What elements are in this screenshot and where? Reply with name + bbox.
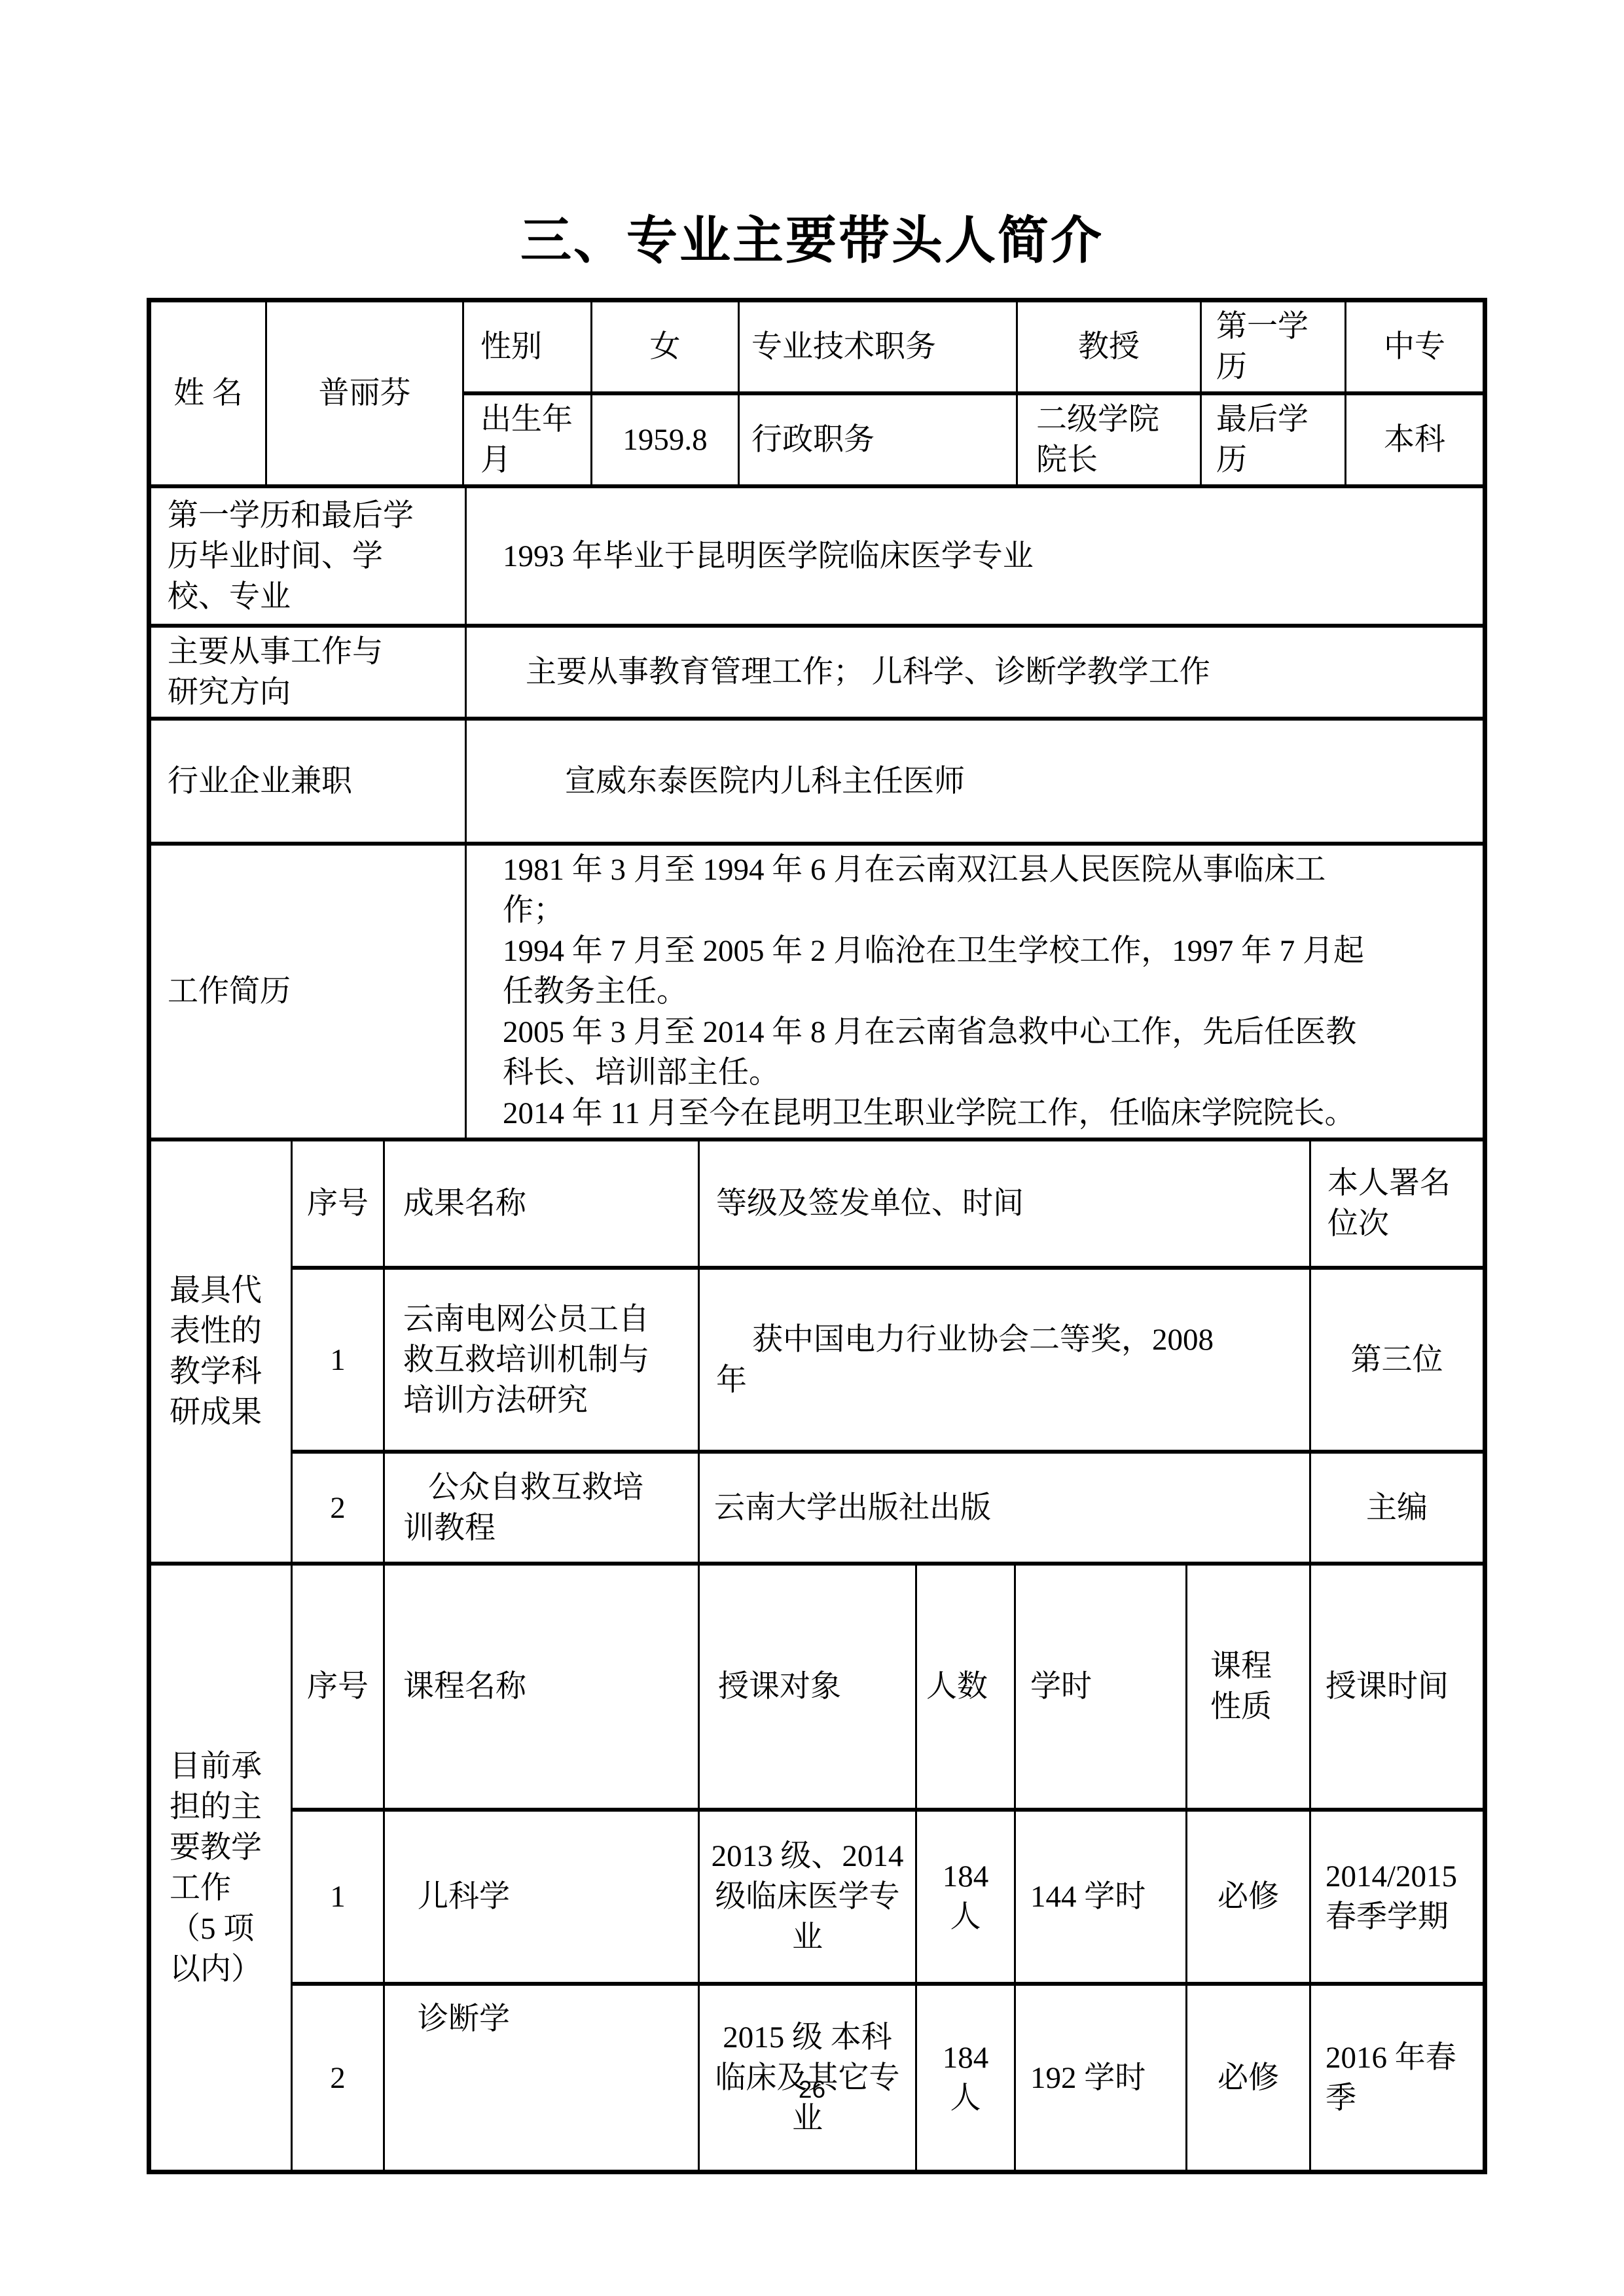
course-1-audience: 2013 级、2014 级临床医学专业 bbox=[699, 1810, 916, 1984]
gender-label: 性别 bbox=[463, 300, 592, 394]
leader-profile-table: 姓 名 普丽芬 性别 女 专业技术职务 教授 第一学历 中专 出生年月 1959… bbox=[147, 298, 1483, 2174]
resume-line-2: 1994 年 7 月至 2005 年 2 月临沧在卫生学校工作，1997 年 7… bbox=[503, 931, 1375, 1012]
teaching-col-no: 序号 bbox=[292, 1566, 384, 1810]
achievements-table: 最具代表性的教学科研成果 序号 成果名称 等级及签发单位、时间 本人署名位次 1… bbox=[147, 1141, 1487, 1566]
research-value: 主要从事教育管理工作； 儿科学、诊断学教学工作 bbox=[466, 626, 1485, 719]
achievement-1-rank: 第三位 bbox=[1310, 1268, 1485, 1452]
birth-value: 1959.8 bbox=[592, 393, 739, 486]
gender-value: 女 bbox=[592, 300, 739, 394]
teaching-col-audience: 授课对象 bbox=[699, 1566, 916, 1810]
resume-label: 工作简历 bbox=[149, 844, 466, 1139]
name-label: 姓 名 bbox=[149, 300, 266, 487]
achievement-row: 2 公众自救互救培训教程 云南大学出版社出版 主编 bbox=[149, 1452, 1485, 1564]
achievements-col-name: 成果名称 bbox=[384, 1141, 699, 1268]
achievement-2-rank: 主编 bbox=[1310, 1452, 1485, 1564]
tech-title-label: 专业技术职务 bbox=[739, 300, 1017, 394]
first-degree-value: 中专 bbox=[1346, 300, 1485, 394]
last-degree-value: 本科 bbox=[1346, 393, 1485, 486]
teaching-col-time: 授课时间 bbox=[1310, 1566, 1485, 1810]
course-1-students: 184 人 bbox=[916, 1810, 1015, 1984]
achievement-1-name: 云南电网公员工自救互救培训机制与培训方法研究 bbox=[384, 1268, 699, 1452]
course-1-no: 1 bbox=[292, 1810, 384, 1984]
tech-title-value: 教授 bbox=[1017, 300, 1201, 394]
last-degree-label: 最后学历 bbox=[1201, 393, 1346, 486]
resume-line-3: 2005 年 3 月至 2014 年 8 月在云南省急救中心工作，先后任医教科长… bbox=[503, 1012, 1375, 1093]
birth-label: 出生年月 bbox=[463, 393, 592, 486]
achievements-col-award: 等级及签发单位、时间 bbox=[699, 1141, 1310, 1268]
resume-line-4: 2014 年 11 月至今在昆明卫生职业学院工作，任临床学院院长。 bbox=[503, 1093, 1375, 1134]
parttime-value: 宣威东泰医院内儿科主任医师 bbox=[466, 719, 1485, 844]
achievement-1-award-text: 获中国电力行业协会二等奖，2008 年 bbox=[716, 1319, 1237, 1401]
achievements-col-rank: 本人署名位次 bbox=[1310, 1141, 1485, 1268]
achievement-2-name: 公众自救互救培训教程 bbox=[384, 1452, 699, 1564]
teaching-col-students: 人数 bbox=[916, 1566, 1015, 1810]
achievement-row: 1 云南电网公员工自救互救培训机制与培训方法研究 获中国电力行业协会二等奖，20… bbox=[149, 1268, 1485, 1452]
resume-value: 1981 年 3 月至 1994 年 6 月在云南双江县人民医院从事临床工作； … bbox=[466, 844, 1485, 1139]
achievement-1-award: 获中国电力行业协会二等奖，2008 年 bbox=[699, 1268, 1310, 1452]
basic-info-table: 姓 名 普丽芬 性别 女 专业技术职务 教授 第一学历 中专 出生年月 1959… bbox=[147, 298, 1487, 488]
course-1-hours: 144 学时 bbox=[1015, 1810, 1187, 1984]
teaching-row: 1 儿科学 2013 级、2014 级临床医学专业 184 人 144 学时 必… bbox=[149, 1810, 1485, 1984]
achievement-2-award: 云南大学出版社出版 bbox=[699, 1452, 1310, 1564]
resume-line-1: 1981 年 3 月至 1994 年 6 月在云南双江县人民医院从事临床工作； bbox=[503, 850, 1375, 931]
document-page: 三、专业主要带头人简介 姓 名 普丽芬 性别 女 专业技术职务 教授 第一学历 … bbox=[0, 0, 1624, 2296]
course-1-nature: 必修 bbox=[1187, 1810, 1310, 1984]
achievement-2-no: 2 bbox=[292, 1452, 384, 1564]
achievement-1-no: 1 bbox=[292, 1268, 384, 1452]
teaching-col-nature: 课程性质 bbox=[1187, 1566, 1310, 1810]
achievements-col-no: 序号 bbox=[292, 1141, 384, 1268]
course-1-time: 2014/2015 春季学期 bbox=[1310, 1810, 1485, 1984]
education-value: 1993 年毕业于昆明医学院临床医学专业 bbox=[466, 488, 1485, 626]
admin-title-value: 二级学院院长 bbox=[1017, 393, 1201, 486]
admin-title-label: 行政职务 bbox=[739, 393, 1017, 486]
name-value: 普丽芬 bbox=[266, 300, 463, 487]
parttime-label: 行业企业兼职 bbox=[149, 719, 466, 844]
teaching-col-course: 课程名称 bbox=[384, 1566, 699, 1810]
teaching-col-hours: 学时 bbox=[1015, 1566, 1187, 1810]
page-title: 三、专业主要带头人简介 bbox=[0, 200, 1624, 273]
achievements-section-label: 最具代表性的教学科研成果 bbox=[149, 1141, 292, 1564]
profile-table: 第一学历和最后学历毕业时间、学校、专业 1993 年毕业于昆明医学院临床医学专业… bbox=[147, 488, 1487, 1141]
research-label: 主要从事工作与研究方向 bbox=[149, 626, 466, 719]
first-degree-label: 第一学历 bbox=[1201, 300, 1346, 394]
education-label: 第一学历和最后学历毕业时间、学校、专业 bbox=[149, 488, 466, 626]
course-1-name: 儿科学 bbox=[384, 1810, 699, 1984]
page-number: 26 bbox=[0, 2076, 1624, 2104]
